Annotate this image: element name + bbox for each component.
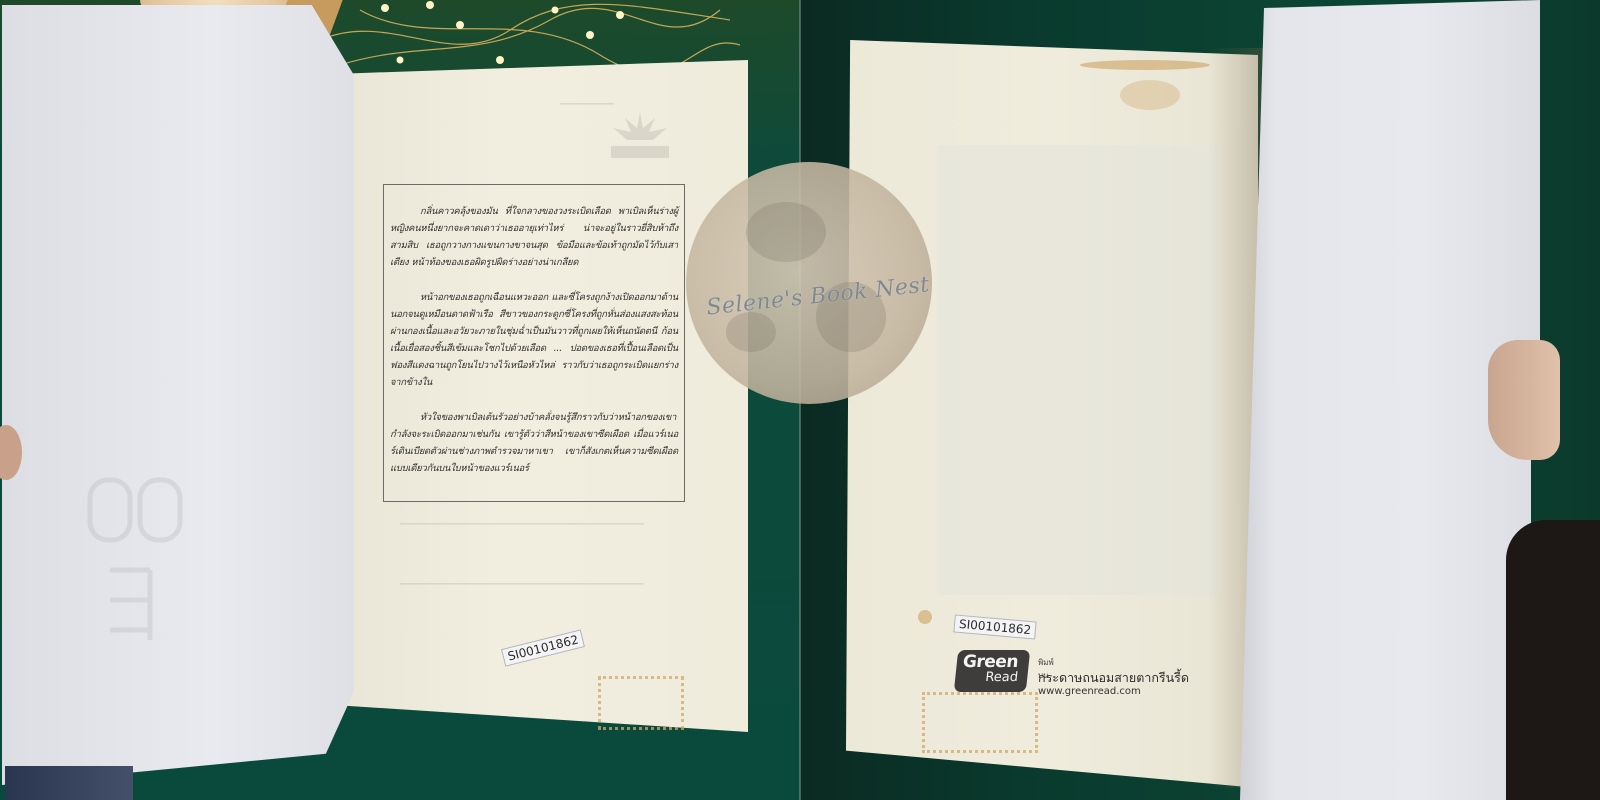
embossed-letters — [80, 470, 190, 660]
faint-imprint-text: ━━━━━━━━━━━━━━━━━━━━━━━━━━━━━━━━━━━━━━━━… — [400, 520, 644, 530]
foxing-stain — [922, 692, 1038, 753]
right-photo-panel: SI00101862 Green Read พิมพ์บน กระดาษถนอม… — [800, 0, 1600, 800]
logo-text: Green — [962, 652, 1019, 672]
faint-imprint-text: ━━━━━━━━━━ — [560, 100, 614, 110]
foxing-stain — [598, 676, 684, 730]
left-photo-panel: ━━━━━━━━━━ ━━━━━━━━━━━━━━━━━━━━━━━━━━━━━… — [0, 0, 800, 800]
sleeve — [1506, 520, 1600, 800]
excerpt-box: กลิ่นคาวคลุ้งของมัน ที่ใจกลางของวงระเบิด… — [383, 184, 685, 502]
foxing-stain — [1080, 60, 1210, 70]
excerpt-paragraph: กลิ่นคาวคลุ้งของมัน ที่ใจกลางของวงระเบิด… — [390, 203, 678, 271]
website-url: www.greenread.com — [1038, 686, 1141, 697]
greenread-logo-badge: Green Read — [954, 650, 1030, 692]
excerpt-paragraph: หน้าอกของเธอถูกเฉือนแหวะออก และซี่โครงถู… — [390, 289, 678, 391]
faint-imprint-text: ━━━━━━━━━━━━━━━━━━━━━━━━━━━━━━━━━━━━━━━━… — [400, 580, 644, 590]
logo-text: Read — [985, 670, 1019, 685]
excerpt-paragraph: หัวใจของพาเบิลเต้นรัวอย่างบ้าคลั่งจนรู้ส… — [390, 409, 678, 477]
foxing-stain — [918, 610, 932, 624]
hand-thumb — [1488, 340, 1560, 460]
foxing-stain — [1120, 80, 1180, 110]
publisher-logo-faint — [605, 110, 675, 170]
faded-area — [938, 145, 1218, 595]
photo-edge — [5, 766, 133, 800]
front-cover-inside — [2, 5, 354, 785]
paper-name: กระดาษถนอมสายตากรีนรี้ด — [1038, 668, 1189, 688]
